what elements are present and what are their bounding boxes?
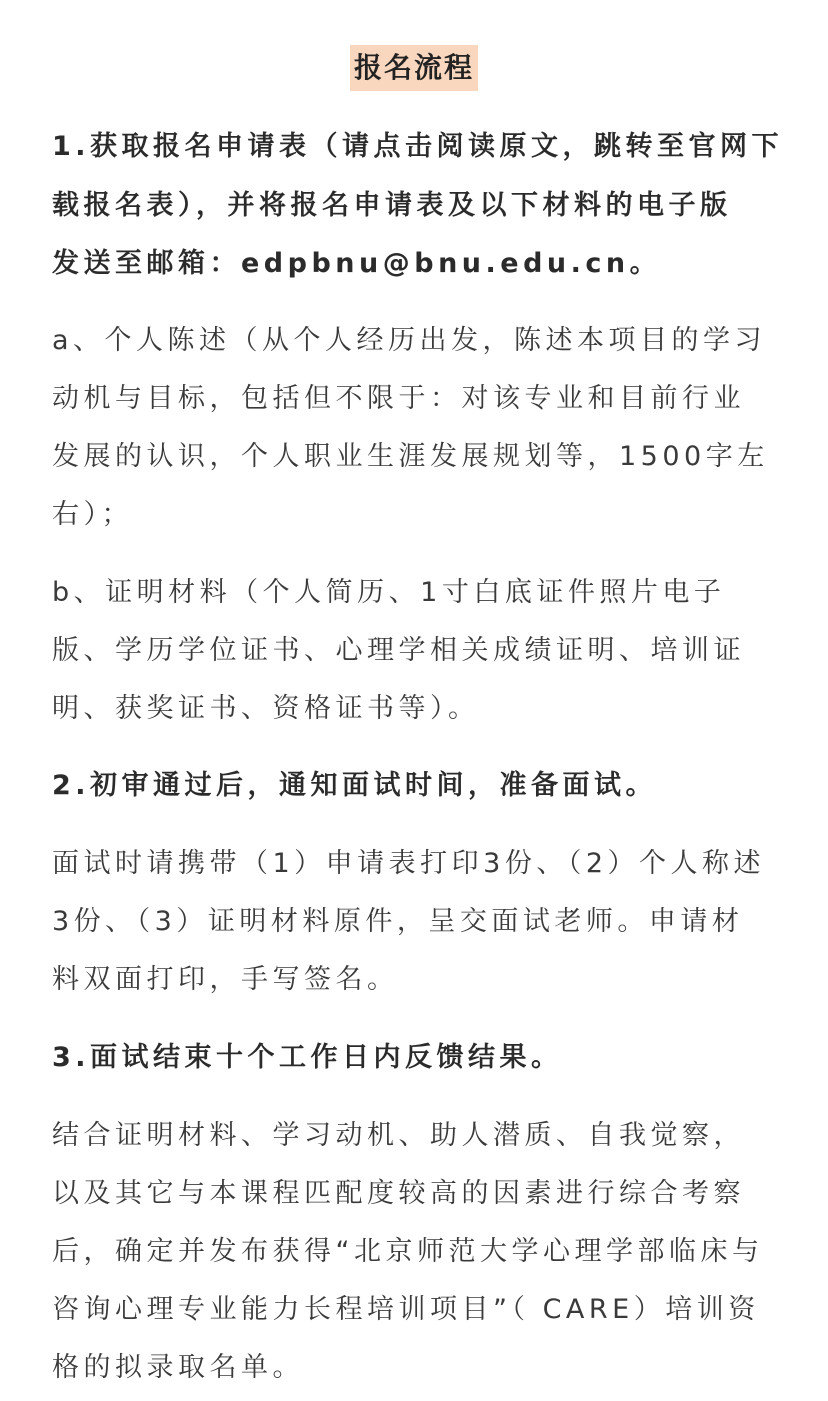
- step-1-heading-line-1: 1.获取报名申请表（请点击阅读原文，跳转至官网下: [52, 127, 782, 167]
- section-title: 报名流程: [350, 45, 478, 91]
- result-note-line-5: 格的拟录取名单。: [52, 1348, 782, 1388]
- step-1-heading-line-3: 发送至邮箱：edpbnu@bnu.edu.cn。: [52, 244, 782, 284]
- item-a-line-4: 右）；: [52, 495, 782, 535]
- item-b-line-2: 版、学历学位证书、心理学相关成绩证明、培训证: [52, 631, 782, 671]
- step-2-heading: 2.初审通过后，通知面试时间，准备面试。: [52, 766, 782, 806]
- result-note-line-3: 后，确定并发布获得“北京师范大学心理学部临床与: [52, 1232, 782, 1272]
- interview-note-line-2: 3份、（3）证明材料原件，呈交面试老师。申请材: [52, 902, 782, 942]
- item-a-line-3: 发展的认识，个人职业生涯发展规划等，1500字左: [52, 437, 782, 477]
- item-b-line-3: 明、获奖证书、资格证书等）。: [52, 689, 782, 729]
- result-note-line-4: 咨询心理专业能力长程培训项目”（ CARE）培训资: [52, 1290, 782, 1330]
- step-3-heading: 3.面试结束十个工作日内反馈结果。: [52, 1038, 782, 1078]
- title-wrapper: 报名流程: [0, 45, 828, 91]
- item-a-line-2: 动机与目标，包括但不限于：对该专业和目前行业: [52, 379, 782, 419]
- item-b-line-1: b、证明材料（个人简历、1寸白底证件照片电子: [52, 573, 782, 613]
- interview-note-line-3: 料双面打印，手写签名。: [52, 960, 782, 1000]
- result-note-line-1: 结合证明材料、学习动机、助人潜质、自我觉察，: [52, 1116, 782, 1156]
- step-1-heading-line-2: 载报名表），并将报名申请表及以下材料的电子版: [52, 186, 782, 226]
- article-page: 报名流程 1.获取报名申请表（请点击阅读原文，跳转至官网下 载报名表），并将报名…: [0, 0, 828, 1401]
- interview-note-line-1: 面试时请携带（1）申请表打印3份、（2）个人称述: [52, 844, 782, 884]
- result-note-line-2: 以及其它与本课程匹配度较高的因素进行综合考察: [52, 1174, 782, 1214]
- item-a-line-1: a、个人陈述（从个人经历出发，陈述本项目的学习: [52, 321, 782, 361]
